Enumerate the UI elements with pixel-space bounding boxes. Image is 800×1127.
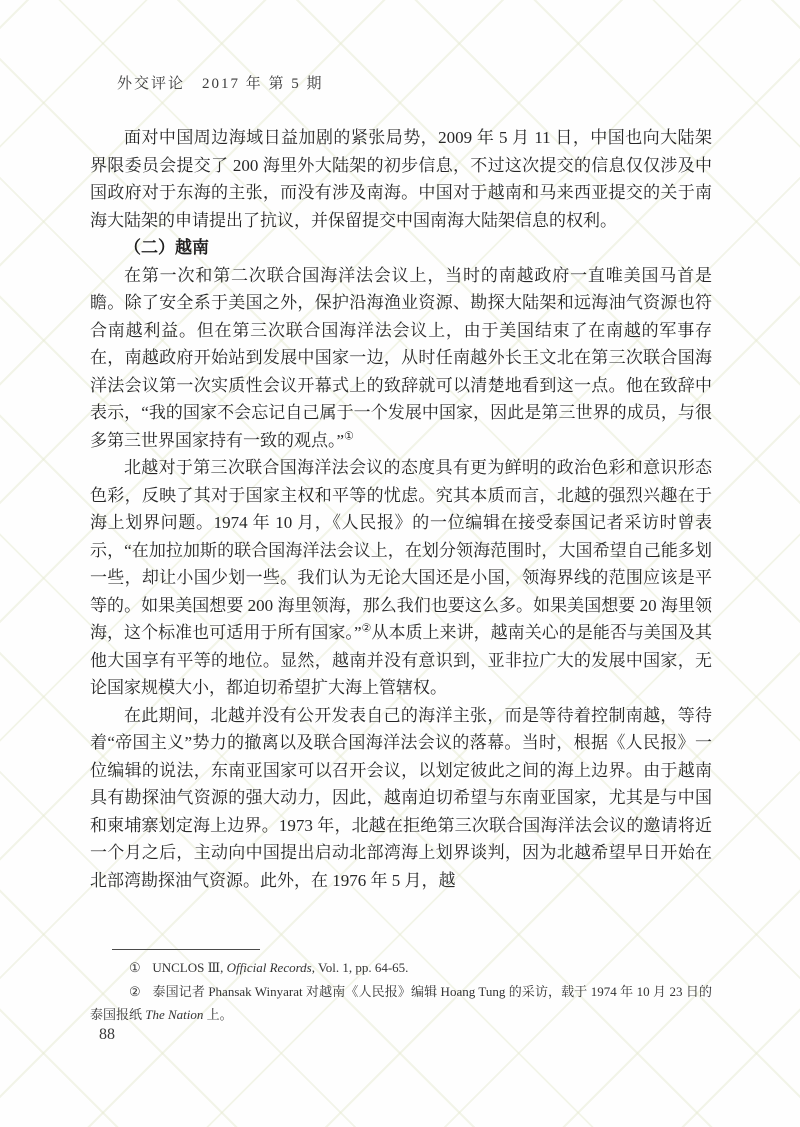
paragraph-2-text: 在第一次和第二次联合国海洋法会议上，当时的南越政府一直唯美国马首是瞻。除了安全系… <box>90 266 712 450</box>
section-heading-vietnam: （二）越南 <box>90 234 712 262</box>
footnote-1-text-post: , Vol. 1, pp. 64-65. <box>312 960 409 975</box>
footnote-2-italic-title: The Nation <box>145 1007 203 1022</box>
footnote-separator-rule <box>112 949 260 950</box>
article-body: 面对中国周边海域日益加剧的紧张局势，2009 年 5 月 11 日，中国也向大陆… <box>90 124 712 894</box>
footnote-ref-2: ② <box>362 622 372 634</box>
footnote-1-marker: ① <box>129 960 141 975</box>
footnote-2-marker: ② <box>129 984 141 999</box>
footnote-1: ①UNCLOS Ⅲ, Official Records, Vol. 1, pp.… <box>90 956 712 980</box>
document-page: 外交评论 2017 年 第 5 期 面对中国周边海域日益加剧的紧张局势，2009… <box>0 0 800 1127</box>
paragraph-3: 北越对于第三次联合国海洋法会议的态度具有更为鲜明的政治色彩和意识形态色彩，反映了… <box>90 454 712 702</box>
footnote-1-text-pre: UNCLOS Ⅲ, <box>152 960 226 975</box>
journal-running-head: 外交评论 2017 年 第 5 期 <box>117 72 324 93</box>
paragraph-3-text-before: 北越对于第三次联合国海洋法会议的态度具有更为鲜明的政治色彩和意识形态色彩，反映了… <box>90 458 712 642</box>
footnote-2-text-post: 上。 <box>203 1007 232 1022</box>
footnote-2: ②泰国记者 Phansak Winyarat 对越南《人民报》编辑 Hoang … <box>90 980 712 1027</box>
footnotes-block: ①UNCLOS Ⅲ, Official Records, Vol. 1, pp.… <box>90 956 712 1027</box>
paragraph-4: 在此期间，北越并没有公开发表自己的海洋主张，而是等待着控制南越，等待着“帝国主义… <box>90 702 712 895</box>
page-number: 88 <box>99 1026 115 1044</box>
paragraph-1: 面对中国周边海域日益加剧的紧张局势，2009 年 5 月 11 日，中国也向大陆… <box>90 124 712 234</box>
footnote-1-italic-title: Official Records <box>227 960 312 975</box>
footnote-ref-1: ① <box>344 430 354 442</box>
paragraph-2: 在第一次和第二次联合国海洋法会议上，当时的南越政府一直唯美国马首是瞻。除了安全系… <box>90 262 712 455</box>
